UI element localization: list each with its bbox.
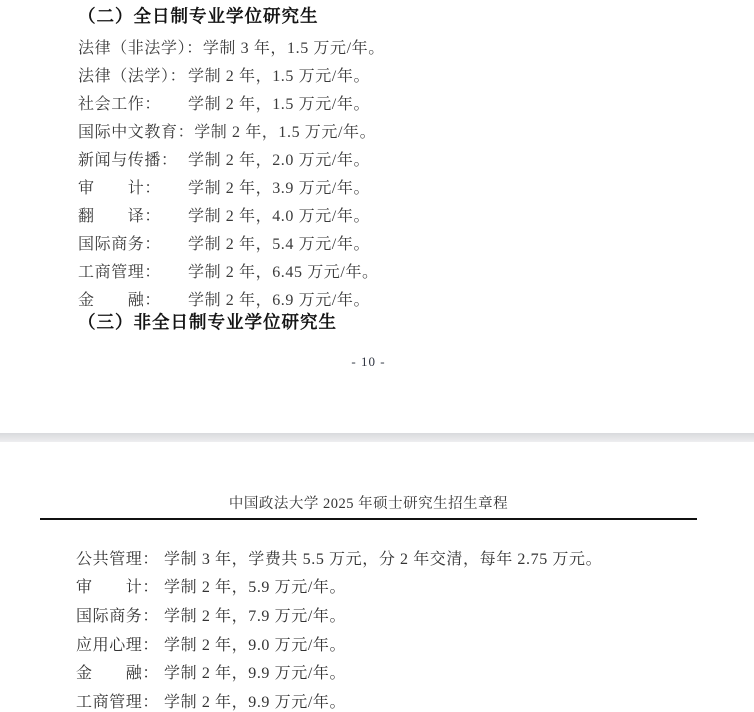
tuition-row: 国际商务：学制 2 年，7.9 万元/年。 [76, 600, 754, 629]
fee-text: 学制 2 年，3.9 万元/年。 [188, 175, 370, 198]
program-label: 国际商务： [76, 603, 159, 626]
program-label: 公共管理： [76, 546, 159, 569]
program-label: 工商管理： [76, 689, 159, 712]
section-heading-fulltime-professional: （二）全日制专业学位研究生 [78, 4, 319, 28]
section-heading-parttime-professional: （三）非全日制专业学位研究生 [78, 310, 337, 334]
tuition-row: 审 计：学制 2 年，3.9 万元/年。 [78, 172, 754, 200]
tuition-row: 金 融：学制 2 年，6.9 万元/年。 [78, 284, 754, 312]
tuition-row: 国际商务：学制 2 年，5.4 万元/年。 [78, 228, 754, 256]
program-label: 法律（非法学）： [78, 35, 203, 58]
pdf-page-11: 中国政法大学 2025 年硕士研究生招生章程 公共管理：学制 3 年，学费共 5… [0, 442, 754, 712]
fee-text: 学制 2 年，5.4 万元/年。 [188, 231, 370, 254]
tuition-row: 工商管理：学制 2 年，9.9 万元/年。 [76, 686, 754, 712]
page-number: - 10 - [40, 354, 697, 370]
fee-text: 学制 2 年，6.9 万元/年。 [188, 287, 370, 310]
fee-text: 学制 2 年，1.5 万元/年。 [194, 119, 376, 142]
tuition-row: 法律（非法学）：学制 3 年，1.5 万元/年。 [78, 32, 754, 60]
program-label: 翻 译： [78, 203, 188, 226]
tuition-row: 国际中文教育：学制 2 年，1.5 万元/年。 [78, 116, 754, 144]
program-label: 金 融： [78, 287, 188, 310]
program-label: 社会工作： [78, 91, 188, 114]
tuition-row: 社会工作：学制 2 年，1.5 万元/年。 [78, 88, 754, 116]
tuition-row: 工商管理：学制 2 年，6.45 万元/年。 [78, 256, 754, 284]
fee-text: 学制 2 年，9.0 万元/年。 [164, 632, 346, 655]
fee-text: 学制 2 年，5.9 万元/年。 [164, 574, 346, 597]
program-label: 审 计： [76, 574, 159, 597]
fee-text: 学制 2 年，1.5 万元/年。 [188, 63, 370, 86]
fee-text: 学制 3 年，1.5 万元/年。 [203, 35, 385, 58]
fee-text: 学制 2 年，1.5 万元/年。 [188, 91, 370, 114]
pdf-page-10: （二）全日制专业学位研究生 法律（非法学）：学制 3 年，1.5 万元/年。 法… [0, 0, 754, 433]
tuition-row: 审 计：学制 2 年，5.9 万元/年。 [76, 572, 754, 601]
tuition-row: 新闻与传播：学制 2 年，2.0 万元/年。 [78, 144, 754, 172]
page-gap-divider [0, 433, 754, 442]
program-label: 金 融： [76, 660, 159, 683]
fee-text: 学制 3 年，学费共 5.5 万元，分 2 年交清，每年 2.75 万元。 [164, 546, 602, 569]
fee-text: 学制 2 年，2.0 万元/年。 [188, 147, 370, 170]
program-label: 工商管理： [78, 259, 188, 282]
program-label: 国际商务： [78, 231, 188, 254]
header-rule [40, 518, 697, 520]
program-label: 国际中文教育： [78, 119, 194, 142]
program-label: 应用心理： [76, 632, 159, 655]
program-label: 审 计： [78, 175, 188, 198]
tuition-list-parttime: 公共管理：学制 3 年，学费共 5.5 万元，分 2 年交清，每年 2.75 万… [76, 543, 754, 712]
fee-text: 学制 2 年，9.9 万元/年。 [164, 689, 346, 712]
fee-text: 学制 2 年，9.9 万元/年。 [164, 660, 346, 683]
fee-text: 学制 2 年，4.0 万元/年。 [188, 203, 370, 226]
fee-text: 学制 2 年，7.9 万元/年。 [164, 603, 346, 626]
program-label: 法律（法学）： [78, 63, 188, 86]
tuition-row: 应用心理：学制 2 年，9.0 万元/年。 [76, 629, 754, 658]
tuition-row: 公共管理：学制 3 年，学费共 5.5 万元，分 2 年交清，每年 2.75 万… [76, 543, 754, 572]
tuition-row: 金 融：学制 2 年，9.9 万元/年。 [76, 657, 754, 686]
tuition-row: 翻 译：学制 2 年，4.0 万元/年。 [78, 200, 754, 228]
tuition-row: 法律（法学）：学制 2 年，1.5 万元/年。 [78, 60, 754, 88]
tuition-list-fulltime: 法律（非法学）：学制 3 年，1.5 万元/年。 法律（法学）：学制 2 年，1… [78, 32, 754, 312]
fee-text: 学制 2 年，6.45 万元/年。 [188, 259, 379, 282]
running-header: 中国政法大学 2025 年硕士研究生招生章程 [40, 494, 697, 514]
program-label: 新闻与传播： [78, 147, 188, 170]
